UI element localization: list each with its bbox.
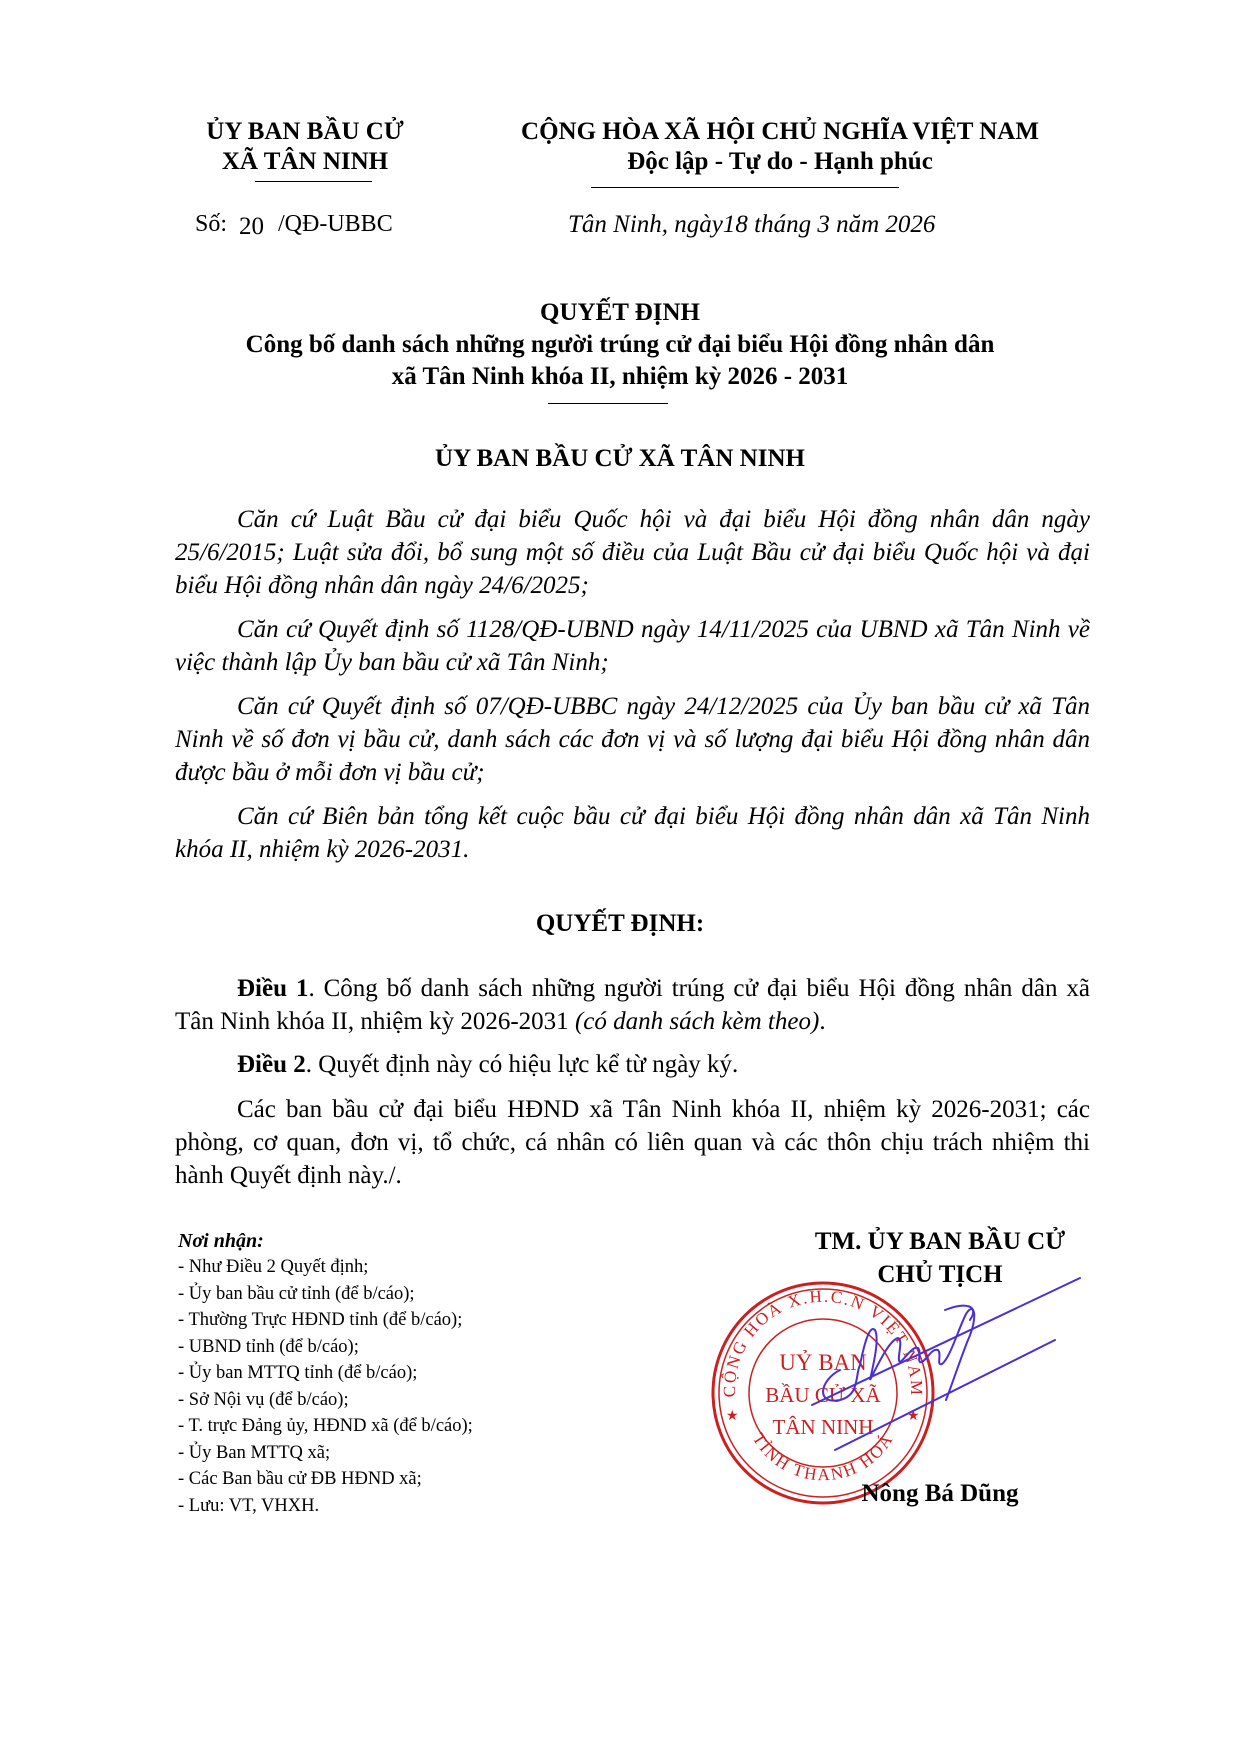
number-prefix: Số: <box>195 211 227 237</box>
title-main: QUYẾT ĐỊNH <box>150 297 1090 329</box>
date-day: 18 <box>723 211 748 238</box>
signer-name: Nông Bá Dũng <box>810 1480 1070 1508</box>
preamble-1: Căn cứ Luật Bầu cử đại biểu Quốc hội và … <box>175 503 1090 602</box>
preamble-2-text: Căn cứ Quyết định số 1128/QĐ-UBND ngày 1… <box>175 616 1090 676</box>
place-date: Tân Ninh, ngày18 tháng 3 năm 2026 <box>568 211 935 239</box>
number-suffix: /QĐ-UBBC <box>278 211 393 237</box>
recipient-item: - Như Điều 2 Quyết định; <box>178 1254 578 1281</box>
date-suffix: tháng 3 năm 2026 <box>748 211 936 238</box>
article-2: Điều 2. Quyết định này có hiệu lực kể từ… <box>175 1048 1090 1081</box>
recipients-list: Nơi nhận: - Như Điều 2 Quyết định; - Ủy … <box>178 1228 578 1519</box>
authority-underline <box>255 181 372 182</box>
issuer-heading: ỦY BAN BẦU CỬ XÃ TÂN NINH <box>150 445 1090 473</box>
preamble-4-text: Căn cứ Biên bản tổng kết cuộc bầu cử đại… <box>175 803 1090 863</box>
on-behalf-label: TM. ỦY BAN BẦU CỬ <box>780 1225 1100 1258</box>
issuing-authority: ỦY BAN BẦU CỬ XÃ TÂN NINH <box>165 117 445 177</box>
recipient-item: - UBND tỉnh (để b/cáo); <box>178 1334 578 1361</box>
article-2-label: Điều 2 <box>237 1051 306 1078</box>
national-header: CỘNG HÒA XÃ HỘI CHỦ NGHĨA VIỆT NAM Độc l… <box>470 117 1090 177</box>
recipient-item: - Ủy ban MTTQ tỉnh (để b/cáo); <box>178 1360 578 1387</box>
preamble-2: Căn cứ Quyết định số 1128/QĐ-UBND ngày 1… <box>175 613 1090 679</box>
closing-paragraph: Các ban bầu cử đại biểu HĐND xã Tân Ninh… <box>175 1093 1090 1192</box>
article-1-label: Điều 1 <box>237 975 308 1002</box>
handwritten-signature-icon <box>800 1270 1100 1480</box>
date-prefix: Tân Ninh, ngày <box>568 211 723 238</box>
recipient-item: - Lưu: VT, VHXH. <box>178 1493 578 1520</box>
national-motto: Độc lập - Tự do - Hạnh phúc <box>470 147 1090 177</box>
article-1-note: (có danh sách kèm theo) <box>575 1008 819 1035</box>
preamble-3: Căn cứ Quyết định số 07/QĐ-UBBC ngày 24/… <box>175 690 1090 789</box>
svg-text:★: ★ <box>726 1409 739 1424</box>
preamble-3-text: Căn cứ Quyết định số 07/QĐ-UBBC ngày 24/… <box>175 693 1090 786</box>
closing-text: Các ban bầu cử đại biểu HĐND xã Tân Ninh… <box>175 1096 1090 1189</box>
number-value: 20 <box>239 213 264 241</box>
recipient-item: - Các Ban bầu cử ĐB HĐND xã; <box>178 1466 578 1493</box>
authority-line-1: ỦY BAN BẦU CỬ <box>165 117 445 147</box>
recipient-item: - Ủy Ban MTTQ xã; <box>178 1440 578 1467</box>
article-2-text: . Quyết định này có hiệu lực kể từ ngày … <box>306 1051 739 1078</box>
recipient-item: - T. trực Đảng ủy, HĐND xã (để b/cáo); <box>178 1413 578 1440</box>
authority-line-2: XÃ TÂN NINH <box>165 147 445 177</box>
preamble-4: Căn cứ Biên bản tổng kết cuộc bầu cử đại… <box>175 800 1090 866</box>
document-number: Số:20/QĐ-UBBC <box>195 210 393 238</box>
preamble-1-text: Căn cứ Luật Bầu cử đại biểu Quốc hội và … <box>175 506 1090 599</box>
decision-heading: QUYẾT ĐỊNH: <box>150 910 1090 938</box>
title-subtitle-2: xã Tân Ninh khóa II, nhiệm kỳ 2026 - 203… <box>150 361 1090 393</box>
article-1: Điều 1. Công bố danh sách những người tr… <box>175 972 1090 1038</box>
title-subtitle-1: Công bố danh sách những người trúng cử đ… <box>150 329 1090 361</box>
national-title: CỘNG HÒA XÃ HỘI CHỦ NGHĨA VIỆT NAM <box>470 117 1090 147</box>
recipient-item: - Thường Trực HĐND tỉnh (để b/cáo); <box>178 1307 578 1334</box>
article-1-end: . <box>819 1008 825 1035</box>
recipient-item: - Sở Nội vụ (để b/cáo); <box>178 1387 578 1414</box>
title-underline <box>548 403 668 404</box>
motto-underline <box>591 187 899 188</box>
recipient-item: - Ủy ban bầu cử tỉnh (để b/cáo); <box>178 1281 578 1308</box>
document-title: QUYẾT ĐỊNH Công bố danh sách những người… <box>150 297 1090 393</box>
recipients-title: Nơi nhận: <box>178 1228 578 1254</box>
